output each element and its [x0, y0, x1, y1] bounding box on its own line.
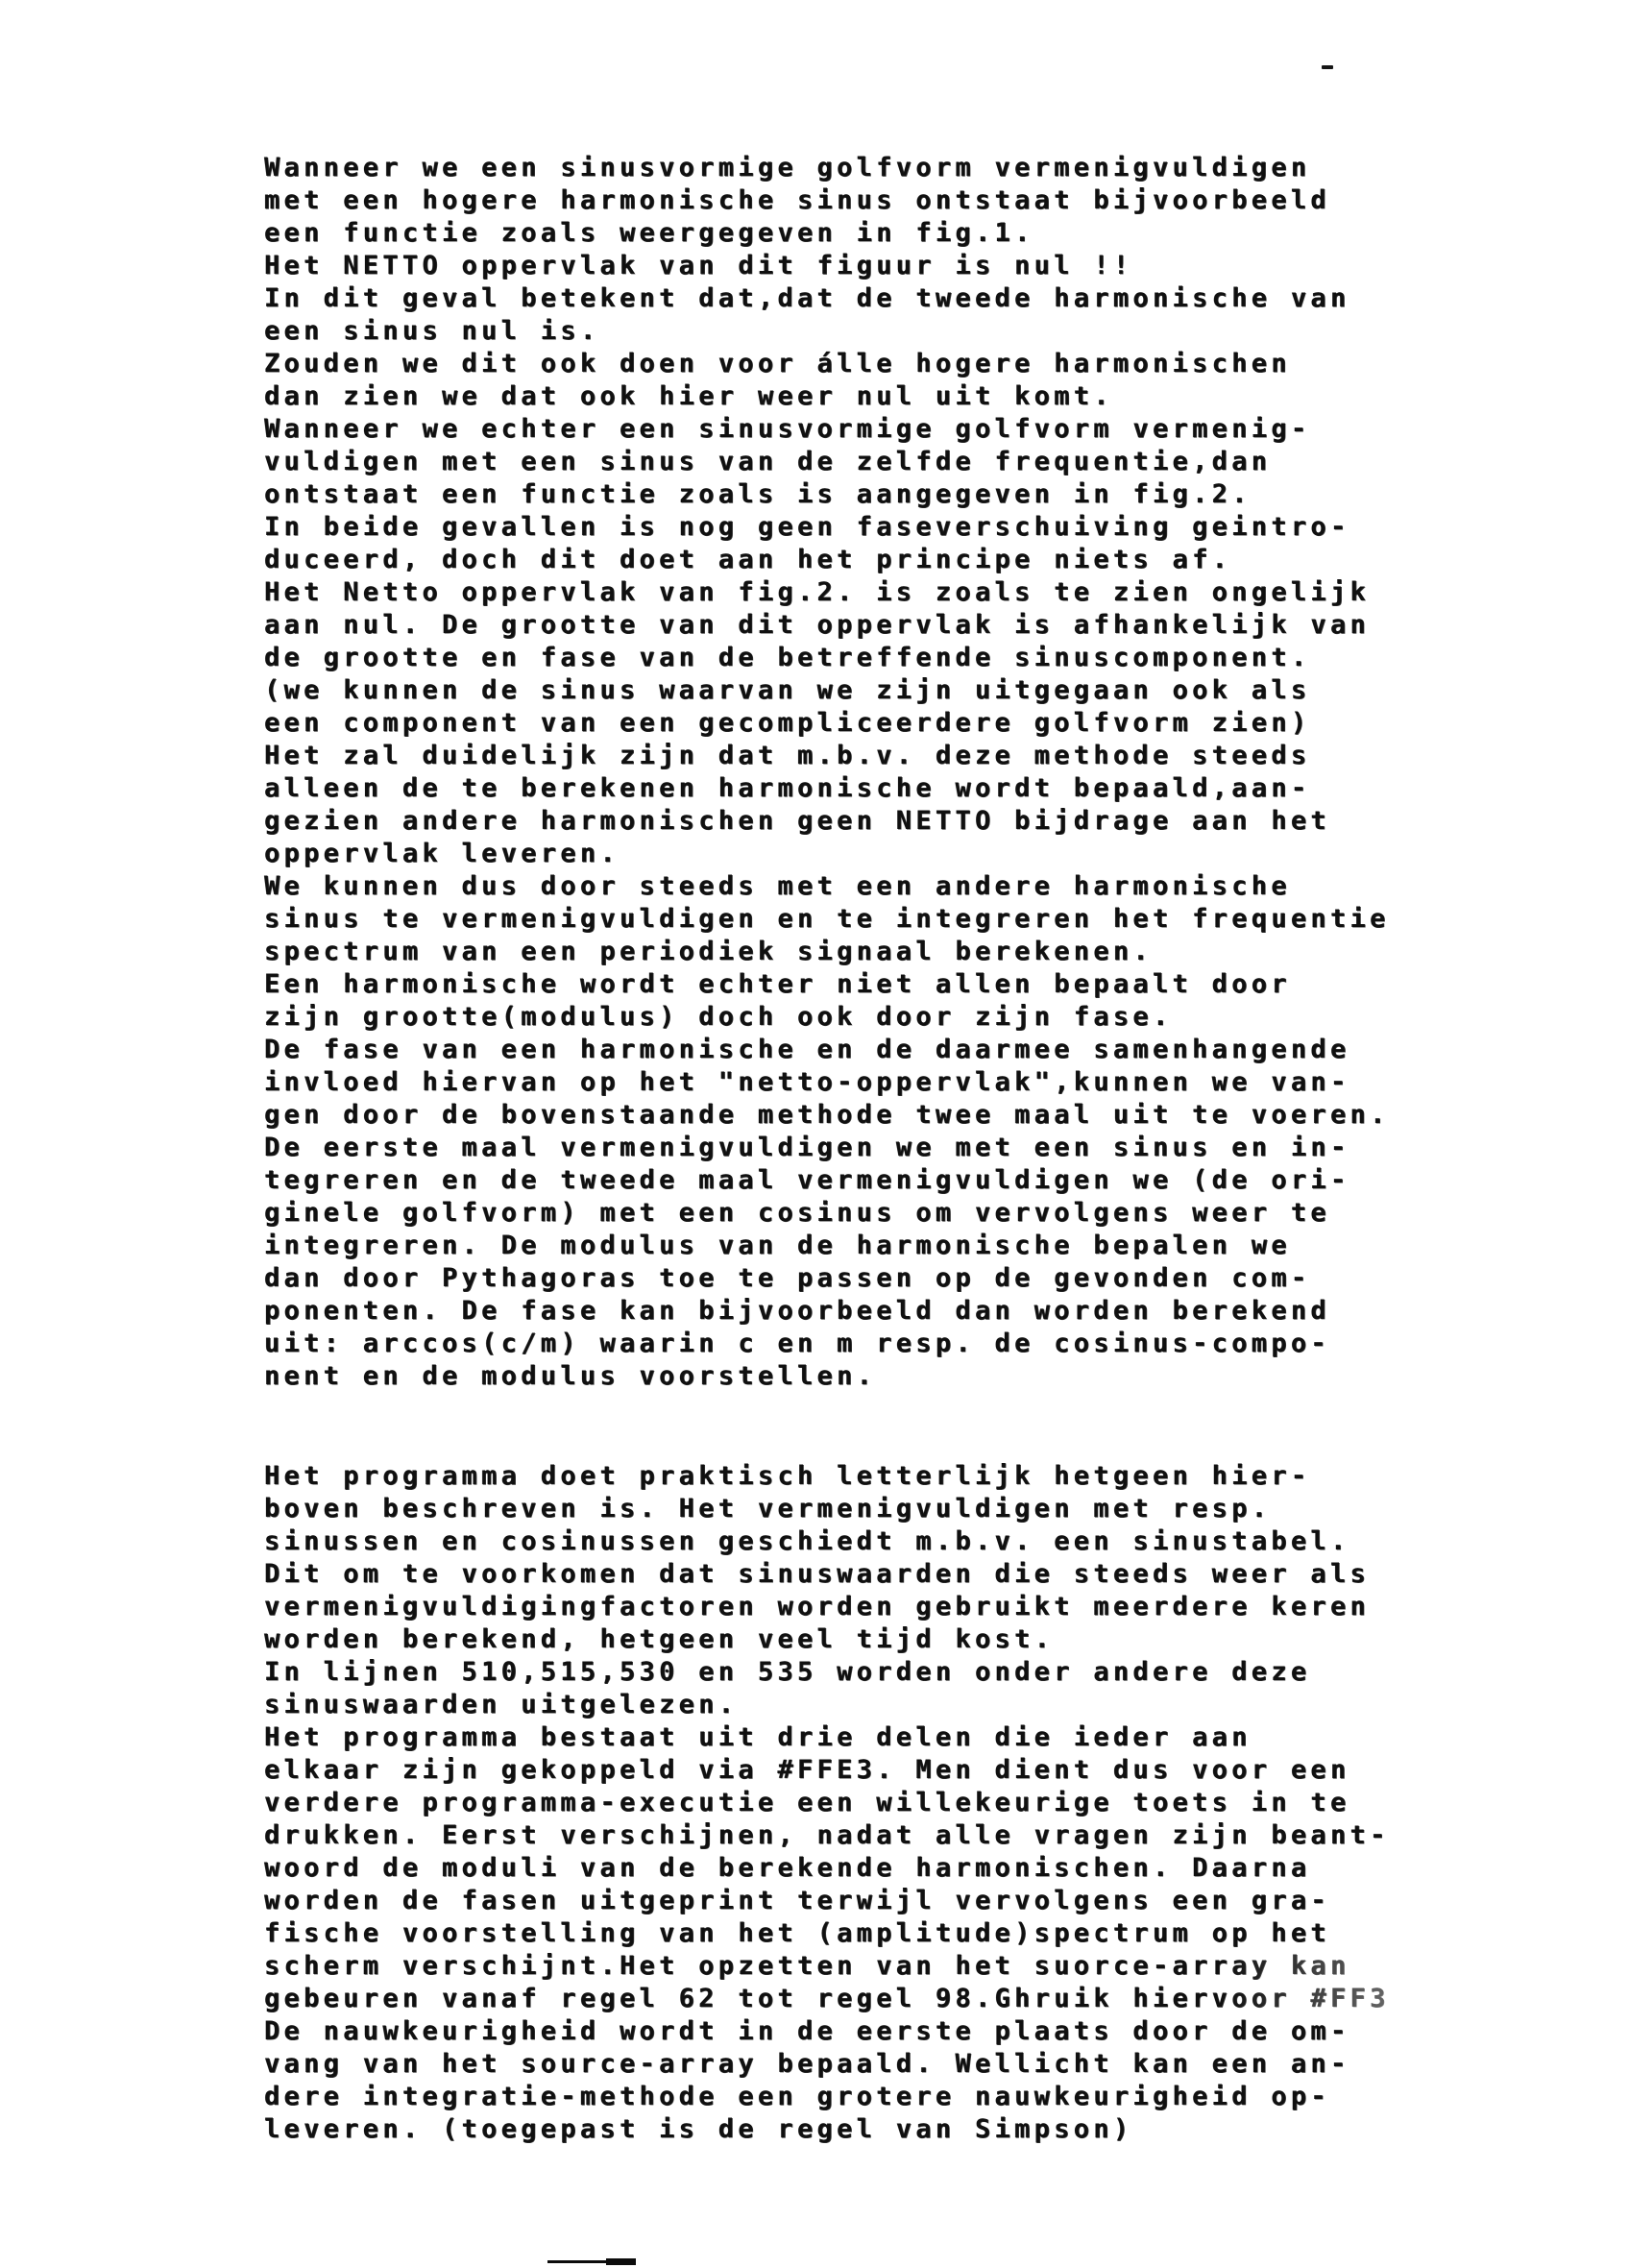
- text-line: vang van het source-array bepaald. Welli…: [264, 2048, 1494, 2081]
- text-line: gen door de bovenstaande methode twee ma…: [264, 1099, 1494, 1132]
- text-line: een functie zoals weergegeven in fig.1.: [264, 217, 1494, 250]
- text-line: De eerste maal vermenigvuldigen we met e…: [264, 1132, 1494, 1164]
- scan-artifact-dash: [1322, 65, 1333, 69]
- text-line: sinus te vermenigvuldigen en te integrer…: [264, 903, 1494, 936]
- text-line: We kunnen dus door steeds met een andere…: [264, 870, 1494, 903]
- text-line: (we kunnen de sinus waarvan we zijn uitg…: [264, 674, 1494, 707]
- text-line: Het programma doet praktisch letterlijk …: [264, 1460, 1494, 1493]
- text-line: vermenigvuldigingfactoren worden gebruik…: [264, 1591, 1494, 1623]
- text-line: aan nul. De grootte van dit oppervlak is…: [264, 609, 1494, 642]
- text-line: Het Netto oppervlak van fig.2. is zoals …: [264, 576, 1494, 609]
- text-line: leveren. (toegepast is de regel van Simp…: [264, 2113, 1494, 2146]
- text-line: Het NETTO oppervlak van dit figuur is nu…: [264, 250, 1494, 282]
- text-line: elkaar zijn gekoppeld via #FFE3. Men die…: [264, 1754, 1494, 1787]
- text-line: dan zien we dat ook hier weer nul uit ko…: [264, 380, 1494, 413]
- text-line: duceerd, doch dit doet aan het principe …: [264, 544, 1494, 576]
- text-line: dere integratie-methode een grotere nauw…: [264, 2081, 1494, 2113]
- text-line: nent en de modulus voorstellen.: [264, 1360, 1494, 1393]
- text-line: woord de moduli van de berekende harmoni…: [264, 1852, 1494, 1885]
- text-line: de grootte en fase van de betreffende si…: [264, 642, 1494, 674]
- text-line: met een hogere harmonische sinus ontstaa…: [264, 184, 1494, 217]
- text-line: invloed hiervan op het "netto-oppervlak"…: [264, 1066, 1494, 1099]
- text-line: Een harmonische wordt echter niet allen …: [264, 968, 1494, 1001]
- text-line: een component van een gecompliceerdere g…: [264, 707, 1494, 740]
- text-line: sinuswaarden uitgelezen.: [264, 1689, 1494, 1721]
- text-line: tegreren en de tweede maal vermenigvuldi…: [264, 1164, 1494, 1197]
- scanned-page: Wanneer we een sinusvormige golfvorm ver…: [0, 0, 1629, 2268]
- text-line: ontstaat een functie zoals is aangegeven…: [264, 478, 1494, 511]
- text-line: een sinus nul is.: [264, 315, 1494, 348]
- text-line: uit: arccos(c/m) waarin c en m resp. de …: [264, 1328, 1494, 1360]
- text-line: Het zal duidelijk zijn dat m.b.v. deze m…: [264, 740, 1494, 772]
- text-line: De nauwkeurigheid wordt in de eerste pla…: [264, 2015, 1494, 2048]
- bottom-rule-thick-segment: [606, 2258, 636, 2265]
- text-line: spectrum van een periodiek signaal berek…: [264, 936, 1494, 968]
- text-line: In dit geval betekent dat,dat de tweede …: [264, 282, 1494, 315]
- text-line: sinussen en cosinussen geschiedt m.b.v. …: [264, 1525, 1494, 1558]
- text-line: Wanneer we een sinusvormige golfvorm ver…: [264, 152, 1494, 184]
- text-line: alleen de te berekenen harmonische wordt…: [264, 772, 1494, 805]
- text-line: Dit om te voorkomen dat sinuswaarden die…: [264, 1558, 1494, 1591]
- text-line: In beide gevallen is nog geen faseversch…: [264, 511, 1494, 544]
- text-line: worden berekend, hetgeen veel tijd kost.: [264, 1623, 1494, 1656]
- text-line: In lijnen 510,515,530 en 535 worden onde…: [264, 1656, 1494, 1689]
- text-line: oppervlak leveren.: [264, 838, 1494, 870]
- text-line: scherm verschijnt.Het opzetten van het s…: [264, 1950, 1494, 1983]
- text-line: Wanneer we echter een sinusvormige golfv…: [264, 413, 1494, 446]
- text-line: gezien andere harmonischen geen NETTO bi…: [264, 805, 1494, 838]
- text-line: ponenten. De fase kan bijvoorbeeld dan w…: [264, 1295, 1494, 1328]
- text-line: verdere programma-executie een willekeur…: [264, 1787, 1494, 1819]
- text-line: dan door Pythagoras toe te passen op de …: [264, 1262, 1494, 1295]
- text-line: Het programma bestaat uit drie delen die…: [264, 1721, 1494, 1754]
- text-line: De fase van een harmonische en de daarme…: [264, 1034, 1494, 1066]
- text-line: Zouden we dit ook doen voor álle hogere …: [264, 348, 1494, 380]
- text-line: fische voorstelling van het (amplitude)s…: [264, 1917, 1494, 1950]
- text-line: drukken. Eerst verschijnen, nadat alle v…: [264, 1819, 1494, 1852]
- text-line: vuldigen met een sinus van de zelfde fre…: [264, 446, 1494, 478]
- paragraph-block-theory: Wanneer we een sinusvormige golfvorm ver…: [264, 152, 1494, 1393]
- text-line: gebeuren vanaf regel 62 tot regel 98.Ghr…: [264, 1983, 1494, 2015]
- text-line: ginele golfvorm) met een cosinus om verv…: [264, 1197, 1494, 1230]
- text-line: boven beschreven is. Het vermenigvuldige…: [264, 1493, 1494, 1525]
- paragraph-block-program: Het programma doet praktisch letterlijk …: [264, 1460, 1494, 2146]
- text-line: integreren. De modulus van de harmonisch…: [264, 1230, 1494, 1262]
- text-line: zijn grootte(modulus) doch ook door zijn…: [264, 1001, 1494, 1034]
- text-line: worden de fasen uitgeprint terwijl vervo…: [264, 1885, 1494, 1917]
